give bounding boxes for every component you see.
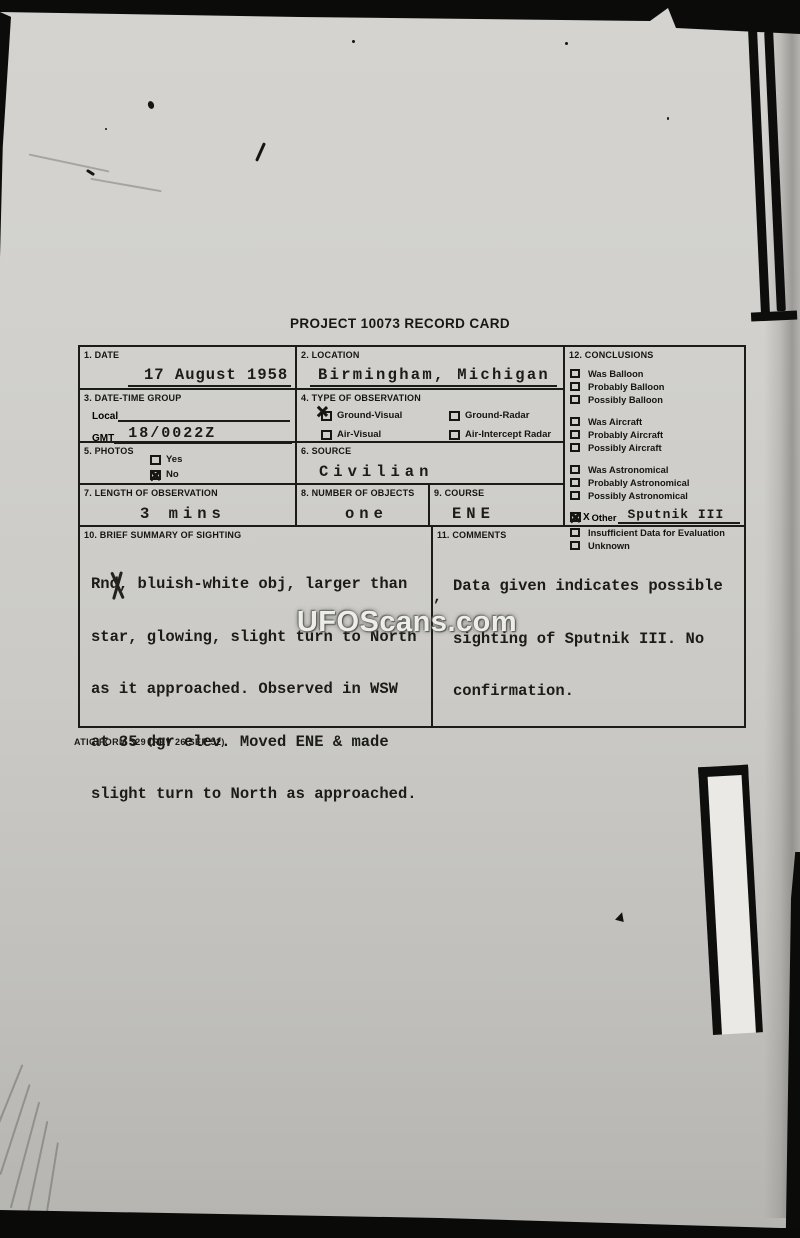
date-label: 1. DATE bbox=[84, 350, 119, 360]
conclusion-option: Probably Astronomical bbox=[570, 476, 741, 489]
cell-location: 2. LOCATION Birmingham, Michigan bbox=[297, 347, 565, 390]
conclusion-option: Probably Aircraft bbox=[570, 428, 741, 441]
dtg-gmt-row: GMT 18/0022Z bbox=[92, 426, 292, 444]
ground-radar-checkbox bbox=[449, 411, 460, 421]
conclusions-list: Was Balloon Probably Balloon Possibly Ba… bbox=[570, 367, 741, 552]
handwritten-x-mark bbox=[108, 571, 126, 600]
scratch bbox=[0, 1064, 23, 1132]
film-edge-bottom bbox=[0, 1206, 800, 1238]
cell-conclusions: 12. CONCLUSIONS Was Balloon Probably Bal… bbox=[565, 347, 744, 527]
summary-text: Rnd, bluish-white obj, larger than star,… bbox=[91, 541, 417, 839]
local-label: Local bbox=[92, 411, 118, 422]
air-visual-checkbox bbox=[321, 430, 332, 440]
location-value: Birmingham, Michigan bbox=[310, 366, 557, 387]
ground-visual-option: Ground-Visual bbox=[321, 410, 402, 421]
photos-no-option: No bbox=[150, 469, 179, 480]
x-mark-icon bbox=[316, 405, 329, 418]
record-card: 1. DATE 17 August 1958 2. LOCATION Birmi… bbox=[78, 345, 746, 728]
num-objects-value: one bbox=[345, 505, 388, 523]
conclusion-option: Possibly Balloon bbox=[570, 393, 741, 406]
date-value: 17 August 1958 bbox=[128, 366, 291, 387]
possibly-astronomical-checkbox bbox=[570, 491, 580, 500]
photos-yes-option: Yes bbox=[150, 454, 182, 465]
cell-course: 9. COURSE ENE bbox=[430, 485, 565, 527]
page-title: PROJECT 10073 RECORD CARD bbox=[0, 316, 800, 331]
conclusion-option: Was Balloon bbox=[570, 367, 741, 380]
possibly-aircraft-checkbox bbox=[570, 443, 580, 452]
conclusion-option: Probably Balloon bbox=[570, 380, 741, 393]
watermark: UFOScans.com bbox=[282, 606, 532, 639]
x-mark-icon bbox=[149, 469, 162, 482]
was-aircraft-checkbox bbox=[570, 417, 580, 426]
num-objects-label: 8. NUMBER OF OBJECTS bbox=[301, 488, 415, 498]
dust-speck bbox=[86, 169, 95, 176]
probably-astronomical-checkbox bbox=[570, 478, 580, 487]
scratch bbox=[0, 1084, 31, 1175]
location-label: 2. LOCATION bbox=[301, 350, 360, 360]
ground-radar-option: Ground-Radar bbox=[449, 410, 529, 421]
other-x-prefix: X bbox=[583, 512, 590, 524]
local-blank-line bbox=[118, 410, 290, 422]
conclusion-other-row: X Other Sputnik III bbox=[570, 507, 741, 524]
air-visual-option: Air-Visual bbox=[321, 429, 381, 440]
was-astronomical-checkbox bbox=[570, 465, 580, 474]
cell-length-of-observation: 7. LENGTH OF OBSERVATION 3 mins bbox=[80, 485, 297, 527]
cell-source: 6. SOURCE Civilian bbox=[297, 443, 565, 485]
scanned-document-page: PROJECT 10073 RECORD CARD 1. DATE 17 Aug… bbox=[0, 0, 800, 1238]
other-label: Other bbox=[592, 512, 617, 524]
conclusion-option: Was Aircraft bbox=[570, 415, 741, 428]
dust-speck bbox=[565, 42, 568, 45]
stray-comma-mark: , bbox=[433, 589, 442, 606]
dust-speck bbox=[667, 117, 669, 120]
summary-label: 10. BRIEF SUMMARY OF SIGHTING bbox=[84, 530, 241, 540]
was-balloon-checkbox bbox=[570, 369, 580, 378]
probably-balloon-checkbox bbox=[570, 382, 580, 391]
photos-no-checkbox-checked bbox=[150, 470, 161, 480]
other-checkbox-checked bbox=[570, 512, 581, 522]
source-label: 6. SOURCE bbox=[301, 446, 351, 456]
air-intercept-radar-checkbox bbox=[449, 430, 460, 440]
cell-date: 1. DATE 17 August 1958 bbox=[80, 347, 297, 390]
course-value: ENE bbox=[452, 505, 495, 523]
cell-number-of-objects: 8. NUMBER OF OBJECTS one bbox=[297, 485, 430, 527]
film-scratch-lower-right bbox=[698, 765, 763, 1035]
scratch bbox=[90, 178, 161, 192]
gmt-value: 18/0022Z bbox=[114, 426, 292, 444]
film-edge-left-wedge bbox=[0, 12, 11, 258]
dust-speck bbox=[255, 142, 266, 161]
cell-type-of-observation: 4. TYPE OF OBSERVATION Ground-Visual Gro… bbox=[297, 390, 565, 443]
conclusion-option: Possibly Aircraft bbox=[570, 441, 741, 454]
x-mark-icon bbox=[569, 511, 582, 524]
conclusion-option: Was Astronomical bbox=[570, 463, 741, 476]
type-obs-label: 4. TYPE OF OBSERVATION bbox=[301, 393, 421, 403]
film-edge-top bbox=[0, 0, 800, 40]
length-obs-value: 3 mins bbox=[140, 505, 226, 523]
comments-text: Data given indicates possible sighting o… bbox=[453, 543, 723, 736]
probably-aircraft-checkbox bbox=[570, 430, 580, 439]
conclusion-option: Possibly Astronomical bbox=[570, 489, 741, 502]
dust-speck bbox=[147, 100, 155, 110]
scratch bbox=[29, 153, 110, 172]
dust-speck bbox=[615, 911, 626, 922]
dust-speck bbox=[105, 128, 107, 130]
course-label: 9. COURSE bbox=[434, 488, 484, 498]
ground-visual-checkbox-checked bbox=[321, 411, 332, 421]
dust-speck bbox=[352, 40, 355, 43]
dtg-local-row: Local bbox=[92, 410, 290, 422]
air-intercept-radar-option: Air-Intercept Radar bbox=[449, 429, 551, 440]
comments-label: 11. COMMENTS bbox=[437, 530, 506, 540]
source-value: Civilian bbox=[319, 463, 433, 481]
conclusions-label: 12. CONCLUSIONS bbox=[569, 350, 654, 360]
cell-date-time-group: 3. DATE-TIME GROUP Local GMT 18/0022Z bbox=[80, 390, 297, 443]
cell-photos: 5. PHOTOS Yes No bbox=[80, 443, 297, 485]
length-obs-label: 7. LENGTH OF OBSERVATION bbox=[84, 488, 218, 498]
other-value: Sputnik III bbox=[618, 507, 740, 524]
possibly-balloon-checkbox bbox=[570, 395, 580, 404]
scratch bbox=[10, 1102, 40, 1209]
photos-label: 5. PHOTOS bbox=[84, 446, 134, 456]
dtg-label: 3. DATE-TIME GROUP bbox=[84, 393, 181, 403]
photos-yes-checkbox bbox=[150, 455, 161, 465]
